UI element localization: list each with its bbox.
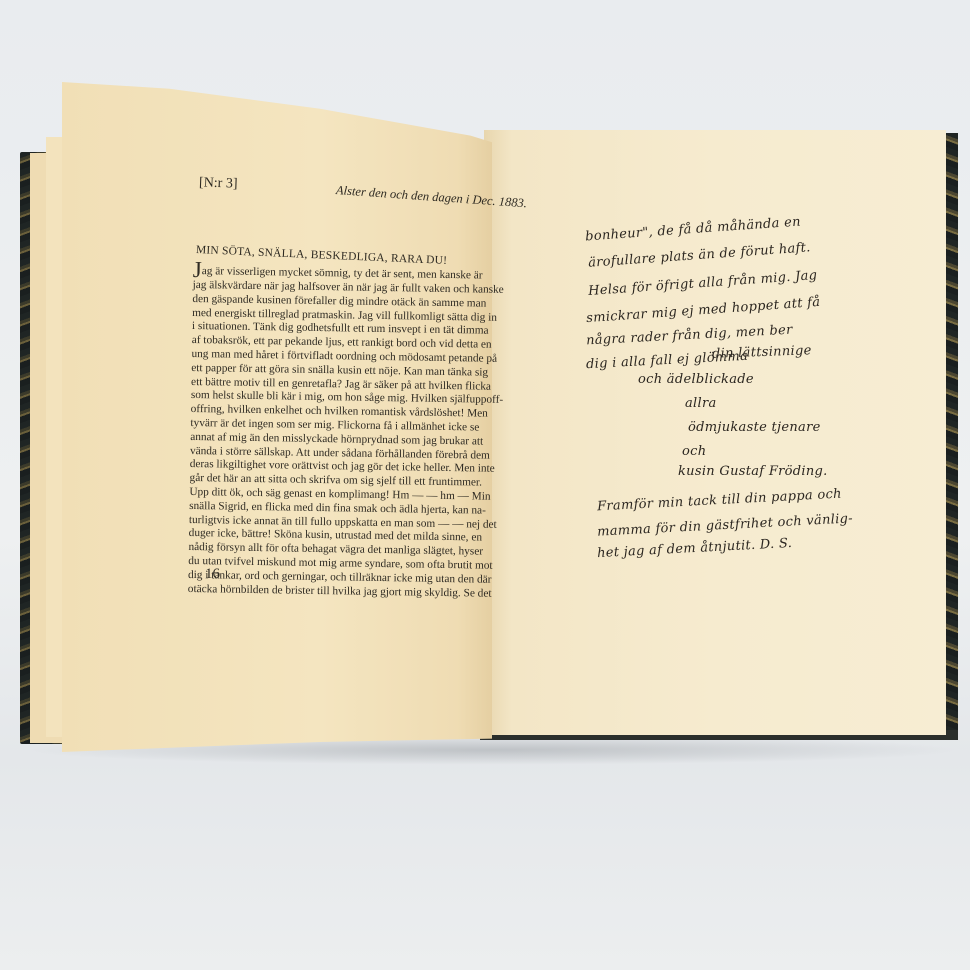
handwriting-line: och ädelblickade [638,372,754,387]
letter-number: [N:r 3] [199,175,238,192]
handwriting-line: och [682,444,706,459]
handwriting-line: ödmjukaste tjenare [688,420,821,435]
letter-body: Jag är visserligen mycket sömnig, ty det… [188,261,493,601]
handwriting-line: allra [685,396,717,411]
handwriting-signature: kusin Gustaf Fröding. [678,464,828,479]
page-number: 16 [205,566,220,583]
